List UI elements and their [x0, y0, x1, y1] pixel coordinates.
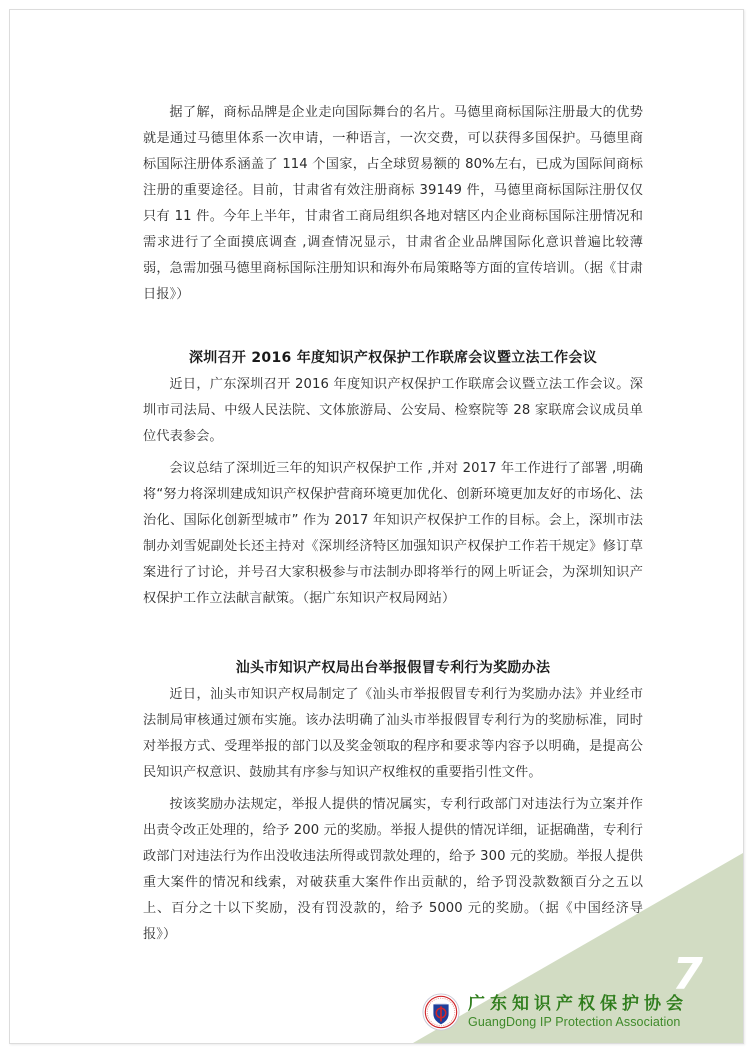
org-name: 广东知识产权保护协会 GuangDong IP Protection Assoc… [468, 994, 688, 1030]
article-paragraph: 近日，广东深圳召开 2016 年度知识产权保护工作联席会议暨立法工作会议。深圳市… [143, 372, 643, 450]
article-paragraph: 近日，汕头市知识产权局制定了《汕头市举报假冒专利行为奖励办法》并业经市法制局审核… [143, 682, 643, 786]
page-number: 7 [672, 953, 703, 997]
article-gansu-madrid: 据了解，商标品牌是企业走向国际舞台的名片。马德里商标国际注册最大的优势就是通过马… [143, 100, 643, 308]
article-title: 深圳召开 2016 年度知识产权保护工作联席会议暨立法工作会议 [143, 345, 643, 371]
article-title: 汕头市知识产权局出台举报假冒专利行为奖励办法 [143, 655, 643, 681]
org-name-en: GuangDong IP Protection Association [468, 1014, 688, 1030]
document-page: 据了解，商标品牌是企业走向国际舞台的名片。马德里商标国际注册最大的优势就是通过马… [9, 9, 744, 1044]
article-paragraph: 据了解，商标品牌是企业走向国际舞台的名片。马德里商标国际注册最大的优势就是通过马… [143, 100, 643, 308]
article-paragraph: 会议总结了深圳近三年的知识产权保护工作 ,并对 2017 年工作进行了部署 ,明… [143, 456, 643, 612]
org-name-cn: 广东知识产权保护协会 [468, 994, 688, 1014]
footer-logo: 广东知识产权保护协会 GuangDong IP Protection Assoc… [422, 993, 688, 1031]
association-emblem-icon [422, 993, 460, 1031]
article-shenzhen-meeting: 深圳召开 2016 年度知识产权保护工作联席会议暨立法工作会议 近日，广东深圳召… [143, 345, 643, 612]
